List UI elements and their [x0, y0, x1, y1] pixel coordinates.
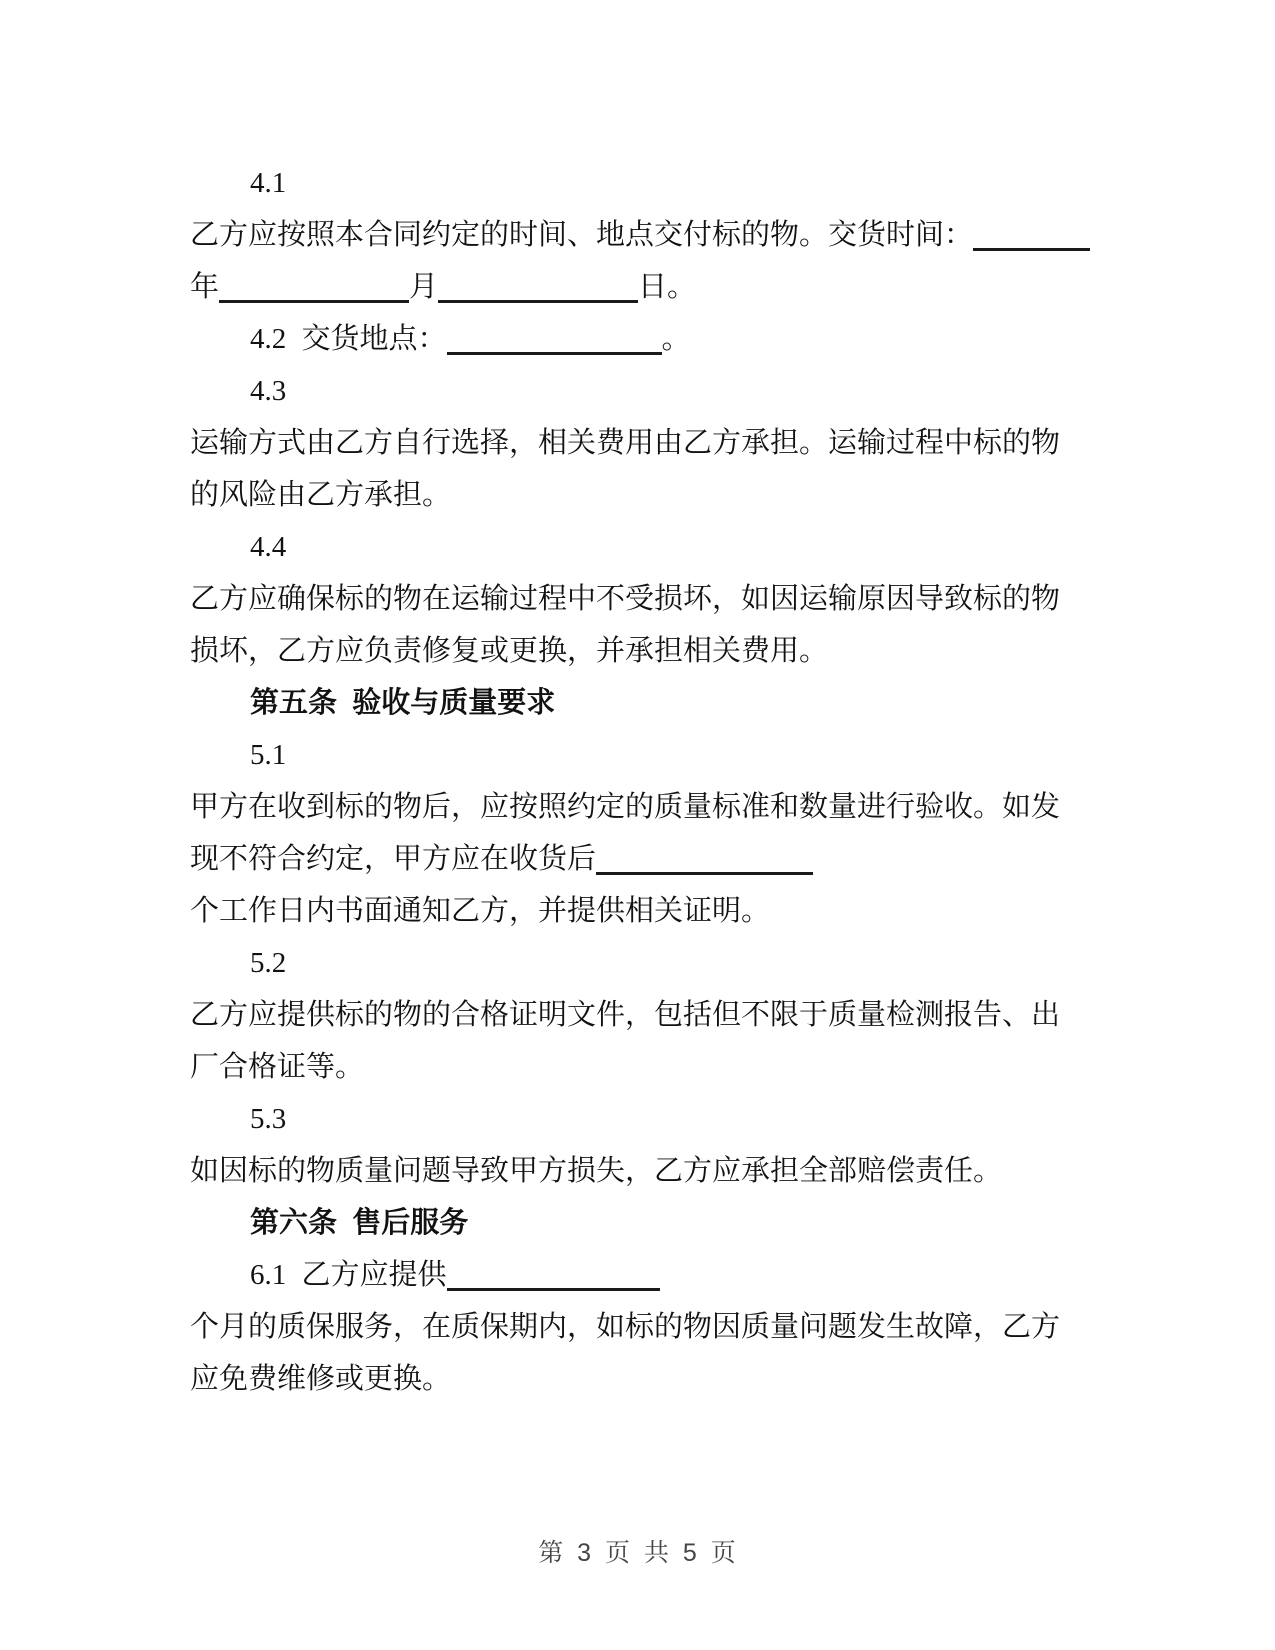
contract-line: 乙方应提供标的物的合格证明文件，包括但不限于质量检测报告、出: [190, 989, 1095, 1041]
text-run: 第六条 售后服务: [250, 1207, 468, 1239]
text-run: 损坏，乙方应负责修复或更换，并承担相关费用。: [190, 635, 828, 667]
contract-line: 厂合格证等。: [190, 1041, 1095, 1093]
contract-line: 如因标的物质量问题导致甲方损失，乙方应承担全部赔偿责任。: [190, 1145, 1095, 1197]
text-run: 。: [662, 323, 691, 355]
contract-line: 6.1 乙方应提供: [190, 1249, 1095, 1301]
text-run: 5.3: [250, 1103, 286, 1135]
contract-line: 4.4: [190, 521, 1095, 573]
page-footer: 第 3 页 共 5 页: [0, 1528, 1275, 1578]
text-run: 日。: [638, 271, 696, 303]
section-heading: 第六条 售后服务: [190, 1197, 1095, 1249]
fill-in-blank-underline: [219, 271, 409, 303]
contract-line: 5.1: [190, 729, 1095, 781]
text-run: 厂合格证等。: [190, 1051, 364, 1083]
fill-in-blank-underline: [973, 219, 1090, 251]
contract-line: 个月的质保服务，在质保期内，如标的物因质量问题发生故障，乙方: [190, 1301, 1095, 1353]
text-run: 个工作日内书面通知乙方，并提供相关证明。: [190, 895, 770, 927]
text-run: 乙方应确保标的物在运输过程中不受损坏，如因运输原因导致标的物: [190, 583, 1060, 615]
contract-line: 4.3: [190, 365, 1095, 417]
text-run: 4.1: [250, 167, 286, 199]
text-run: 年: [190, 271, 219, 303]
contract-line: 甲方在收到标的物后，应按照约定的质量标准和数量进行验收。如发: [190, 781, 1095, 833]
fill-in-blank-underline: [447, 1259, 660, 1291]
text-run: 如因标的物质量问题导致甲方损失，乙方应承担全部赔偿责任。: [190, 1155, 1002, 1187]
contract-body: 4.1乙方应按照本合同约定的时间、地点交付标的物。交货时间：年月日。4.2 交货…: [190, 157, 1095, 1405]
text-run: 4.4: [250, 531, 286, 563]
contract-line: 个工作日内书面通知乙方，并提供相关证明。: [190, 885, 1095, 937]
text-run: 运输方式由乙方自行选择，相关费用由乙方承担。运输过程中标的物: [190, 427, 1060, 459]
text-run: 5.1: [250, 739, 286, 771]
contract-line: 运输方式由乙方自行选择，相关费用由乙方承担。运输过程中标的物: [190, 417, 1095, 469]
contract-line: 4.1: [190, 157, 1095, 209]
text-run: 现不符合约定，甲方应在收货后: [190, 843, 596, 875]
contract-line: 乙方应按照本合同约定的时间、地点交付标的物。交货时间：: [190, 209, 1095, 261]
contract-line: 年月日。: [190, 261, 1095, 313]
fill-in-blank-underline: [447, 323, 662, 355]
text-run: 4.2 交货地点：: [250, 323, 447, 355]
text-run: 6.1 乙方应提供: [250, 1259, 447, 1291]
fill-in-blank-underline: [596, 843, 813, 875]
section-heading: 第五条 验收与质量要求: [190, 677, 1095, 729]
text-run: 5.2: [250, 947, 286, 979]
page-number: 第 3 页 共 5 页: [538, 1539, 737, 1567]
text-run: 的风险由乙方承担。: [190, 479, 451, 511]
text-run: 第五条 验收与质量要求: [250, 687, 555, 719]
contract-line: 的风险由乙方承担。: [190, 469, 1095, 521]
text-run: 个月的质保服务，在质保期内，如标的物因质量问题发生故障，乙方: [190, 1311, 1060, 1343]
text-run: 月: [409, 271, 438, 303]
contract-line: 乙方应确保标的物在运输过程中不受损坏，如因运输原因导致标的物: [190, 573, 1095, 625]
text-run: 乙方应按照本合同约定的时间、地点交付标的物。交货时间：: [190, 219, 973, 251]
contract-line: 现不符合约定，甲方应在收货后: [190, 833, 1095, 885]
contract-line: 5.3: [190, 1093, 1095, 1145]
text-run: 乙方应提供标的物的合格证明文件，包括但不限于质量检测报告、出: [190, 999, 1060, 1031]
document-page: 4.1乙方应按照本合同约定的时间、地点交付标的物。交货时间：年月日。4.2 交货…: [0, 0, 1275, 1650]
contract-line: 5.2: [190, 937, 1095, 989]
contract-line: 应免费维修或更换。: [190, 1353, 1095, 1405]
text-run: 应免费维修或更换。: [190, 1363, 451, 1395]
contract-line: 4.2 交货地点：。: [190, 313, 1095, 365]
text-run: 甲方在收到标的物后，应按照约定的质量标准和数量进行验收。如发: [190, 791, 1060, 823]
contract-line: 损坏，乙方应负责修复或更换，并承担相关费用。: [190, 625, 1095, 677]
fill-in-blank-underline: [438, 271, 638, 303]
text-run: 4.3: [250, 375, 286, 407]
